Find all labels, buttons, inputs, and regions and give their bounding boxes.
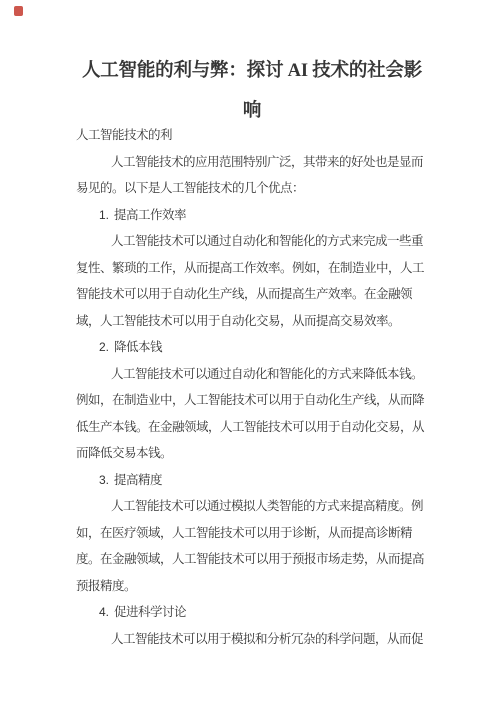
list-item-body: 人工智能技术可以通过模拟人类智能的方式来提高精度。例 如，在医疗领域，人工智能技…	[76, 493, 440, 599]
list-item: 1.提高工作效率 人工智能技术可以通过自动化和智能化的方式来完成一些重 复性、繁…	[76, 202, 440, 335]
intro-paragraph: 人工智能技术的应用范围特别广泛，其带来的好处也是显而 易见的。以下是人工智能技术…	[76, 149, 440, 202]
list-item-label: 提高工作效率	[114, 208, 186, 222]
list-item-number: 1.	[99, 208, 109, 222]
list-item-body: 人工智能技术可以用于模拟和分析冗杂的科学问题，从而促	[76, 626, 440, 653]
list-item-heading: 1.提高工作效率	[76, 202, 440, 229]
list-item-label: 提高精度	[114, 473, 162, 487]
list-item-label: 降低本钱	[114, 340, 162, 354]
list-item-number: 3.	[99, 473, 109, 487]
list-item-body: 人工智能技术可以通过自动化和智能化的方式来完成一些重 复性、繁琐的工作，从而提高…	[76, 228, 440, 334]
list-item-heading: 2.降低本钱	[76, 334, 440, 361]
list-item-number: 2.	[99, 340, 109, 354]
document-page: 人工智能的利与弊：探讨 AI 技术的社会影 响 人工智能技术的利 人工智能技术的…	[0, 0, 500, 707]
list-item-heading: 3.提高精度	[76, 467, 440, 494]
red-corner-mark-icon	[14, 6, 23, 16]
list-item: 3.提高精度 人工智能技术可以通过模拟人类智能的方式来提高精度。例 如，在医疗领…	[76, 467, 440, 600]
list-item-body: 人工智能技术可以通过自动化和智能化的方式来降低本钱。 例如，在制造业中，人工智能…	[76, 361, 440, 467]
list-item-number: 4.	[99, 605, 109, 619]
list-item-label: 促进科学讨论	[114, 605, 186, 619]
document-title: 人工智能的利与弊：探讨 AI 技术的社会影 响	[76, 51, 428, 131]
list-item-heading: 4.促进科学讨论	[76, 599, 440, 626]
list-item: 4.促进科学讨论 人工智能技术可以用于模拟和分析冗杂的科学问题，从而促	[76, 599, 440, 652]
list-item: 2.降低本钱 人工智能技术可以通过自动化和智能化的方式来降低本钱。 例如，在制造…	[76, 334, 440, 467]
document-body: 人工智能技术的利 人工智能技术的应用范围特别广泛，其带来的好处也是显而 易见的。…	[76, 122, 440, 652]
